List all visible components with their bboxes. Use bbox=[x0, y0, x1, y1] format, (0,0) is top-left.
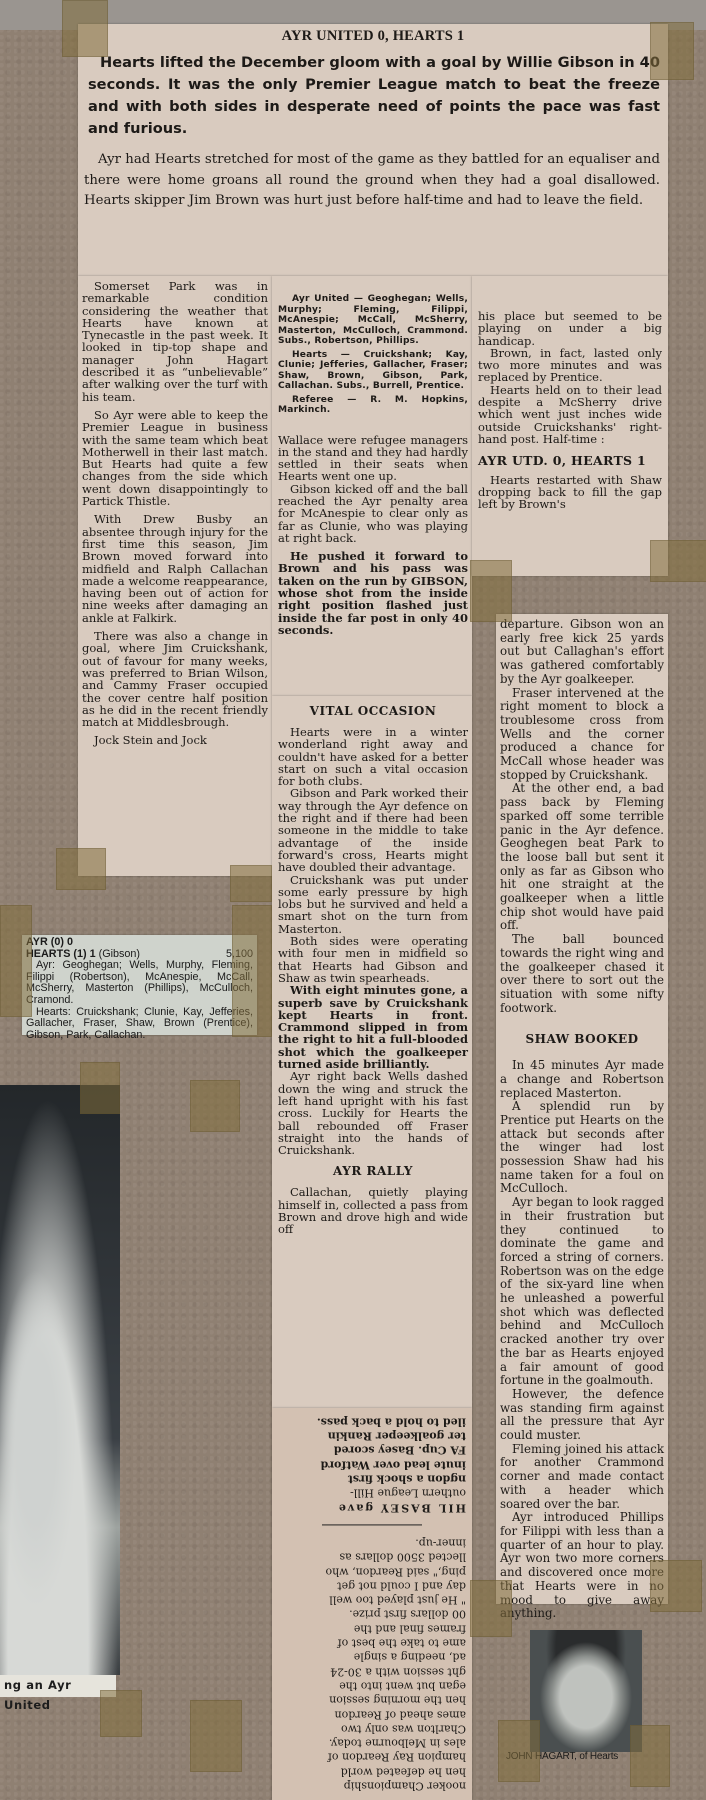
match-photo-caption: ng an Ayr United bbox=[0, 1675, 116, 1697]
tape-strip bbox=[498, 1720, 540, 1782]
paragraph: Brown, in fact, lasted only two more min… bbox=[478, 347, 662, 384]
reverse-line: frames final and the bbox=[278, 1621, 466, 1635]
halftime-score: AYR UTD. 0, HEARTS 1 bbox=[478, 455, 662, 467]
paragraph: departure. Gibson won an early free kick… bbox=[500, 618, 664, 687]
reverse-subhead: HIL BASEY gave bbox=[278, 1500, 466, 1514]
tape-strip bbox=[232, 905, 272, 1037]
reverse-side-clipping: nooker Championship hen he defeated worl… bbox=[272, 1408, 472, 1800]
referee: Referee — R. M. Hopkins, Markinch. bbox=[278, 395, 468, 416]
paragraph: Both sides were operating with four men … bbox=[278, 935, 468, 984]
tape-strip bbox=[650, 540, 706, 582]
article-intro: Ayr had Hearts stretched for most of the… bbox=[84, 150, 660, 212]
paragraph: In 45 minutes Ayr made a change and Robe… bbox=[500, 1059, 664, 1100]
hearts-lineup: Hearts — Cruickshank; Kay, Clunie; Jeffe… bbox=[278, 350, 468, 392]
paragraph: So Ayr were able to keep the Premier Lea… bbox=[82, 409, 268, 507]
article-column-1: Somerset Park was in remarkable conditio… bbox=[78, 276, 272, 876]
reverse-line: llected 3500 dollars as bbox=[278, 1549, 466, 1563]
reverse-line: ame to take the best of bbox=[278, 1635, 466, 1649]
paragraph: Cruickshank was put under some early pre… bbox=[278, 874, 468, 935]
reverse-line: ames ahead of Reardon bbox=[278, 1707, 466, 1721]
article-intro-bold: Hearts lifted the December gloom with a … bbox=[88, 52, 660, 140]
paragraph: Ayr right back Wells dashed down the win… bbox=[278, 1070, 468, 1156]
tape-strip bbox=[470, 560, 512, 622]
scorer: (Gibson) bbox=[99, 948, 140, 960]
tape-strip bbox=[56, 848, 106, 890]
goal-paragraph: He pushed it forward to Brown and his pa… bbox=[278, 550, 468, 636]
article-header-clipping: AYR UNITED 0, HEARTS 1 Hearts lifted the… bbox=[78, 24, 668, 276]
team-lineups: Ayr United — Geoghegan; Wells, Murphy; F… bbox=[278, 294, 468, 416]
paragraph: Hearts were in a winter wonderland right… bbox=[278, 726, 468, 787]
reverse-line: ales in Melbourne today. bbox=[278, 1735, 466, 1749]
paragraph: Gibson and Park worked their way through… bbox=[278, 787, 468, 873]
reverse-line: Charlton was only two bbox=[278, 1721, 466, 1735]
paragraph: his place but seemed to be playing on un… bbox=[478, 310, 662, 347]
paragraph: Fraser intervened at the right moment to… bbox=[500, 687, 664, 783]
paragraph: With Drew Busby an absentee through inju… bbox=[82, 513, 268, 624]
rule-divider bbox=[322, 1524, 422, 1525]
article-column-2-lower: VITAL OCCASION Hearts were in a winter w… bbox=[272, 696, 472, 1408]
paragraph: Ayr began to look ragged in their frustr… bbox=[500, 1196, 664, 1388]
reverse-line: hampion Ray Reardon of bbox=[278, 1750, 466, 1764]
reverse-line: ght session with a 30-24 bbox=[278, 1664, 466, 1678]
paragraph: However, the defence was standing firm a… bbox=[500, 1388, 664, 1443]
reverse-line: " He just played too well bbox=[278, 1592, 466, 1606]
tape-strip bbox=[62, 0, 108, 57]
tape-strip bbox=[630, 1725, 670, 1787]
paragraph: There was also a change in goal, where J… bbox=[82, 630, 268, 728]
paragraph: The ball bounced towards the right wing … bbox=[500, 933, 664, 1015]
paragraph: Fleming joined his attack for another Cr… bbox=[500, 1443, 664, 1512]
paragraph: Gibson kicked off and the ball reached t… bbox=[278, 483, 468, 544]
reverse-line: day and I could not get bbox=[278, 1578, 466, 1592]
paragraph: Jock Stein and Jock bbox=[82, 734, 268, 746]
hearts-score: HEARTS (1) 1 bbox=[26, 948, 96, 960]
reverse-line: ad, needing a single bbox=[278, 1649, 466, 1663]
reverse-line: ping," said Reardon, who bbox=[278, 1564, 466, 1578]
reverse-line: 00 dollars first prize. bbox=[278, 1607, 466, 1621]
tape-strip bbox=[650, 22, 694, 80]
reverse-line: ter goalkeeper Rankin bbox=[278, 1428, 466, 1442]
reverse-line: inner-up. bbox=[278, 1535, 466, 1549]
tape-strip bbox=[190, 1080, 240, 1132]
paragraph: Somerset Park was in remarkable conditio… bbox=[82, 280, 268, 403]
reverse-line: hen he defeated world bbox=[278, 1764, 466, 1778]
paragraph: Wallace were refugee managers in the sta… bbox=[278, 434, 468, 483]
reverse-line: FA Cup. Basey scored bbox=[278, 1443, 466, 1457]
subhead-shaw-booked: SHAW BOOKED bbox=[500, 1033, 664, 1047]
save-paragraph: With eight minutes gone, a superb save b… bbox=[278, 984, 468, 1070]
hearts-team: Hearts: Cruickshank; Clunie, Kay, Jeffer… bbox=[26, 1007, 253, 1042]
paragraph: Ayr introduced Phillips for Filippi with… bbox=[500, 1511, 664, 1621]
paragraph: At the other end, a bad pass back by Fle… bbox=[500, 782, 664, 933]
article-column-2-top: Ayr United — Geoghegan; Wells, Murphy; F… bbox=[272, 276, 472, 696]
tape-strip bbox=[230, 865, 272, 902]
reverse-line: nooker Championship bbox=[278, 1778, 466, 1792]
portrait-photo-john-hagart bbox=[530, 1630, 642, 1752]
article-column-4: departure. Gibson won an early free kick… bbox=[496, 614, 668, 1604]
reverse-line: ngdon a shock first bbox=[278, 1471, 466, 1485]
result-box-clipping: AYR (0) 0 HEARTS (1) 1 (Gibson) 5,100 Ay… bbox=[22, 935, 257, 1035]
ayr-team: Ayr: Geoghegan; Wells, Murphy, Fleming, … bbox=[26, 960, 253, 1006]
article-headline: AYR UNITED 0, HEARTS 1 bbox=[78, 28, 668, 45]
tape-strip bbox=[650, 1560, 702, 1612]
reverse-line: egan but went into the bbox=[278, 1678, 466, 1692]
paragraph: Callachan, quietly playing himself in, c… bbox=[278, 1186, 468, 1235]
reverse-line: outhern League Hill- bbox=[278, 1485, 466, 1499]
ayr-lineup: Ayr United — Geoghegan; Wells, Murphy; F… bbox=[278, 294, 468, 347]
subhead-vital-occasion: VITAL OCCASION bbox=[278, 704, 468, 718]
reverse-line: inute lead over Watford bbox=[278, 1457, 466, 1471]
reverse-line: iled to hold a back pass. bbox=[278, 1414, 466, 1428]
match-photo bbox=[0, 1085, 120, 1675]
paragraph: Hearts held on to their lead despite a M… bbox=[478, 384, 662, 445]
tape-strip bbox=[470, 1580, 512, 1637]
subhead-ayr-rally: AYR RALLY bbox=[278, 1164, 468, 1178]
article-column-3-top: his place but seemed to be playing on un… bbox=[472, 276, 668, 576]
paragraph: Hearts restarted with Shaw dropping back… bbox=[478, 474, 662, 511]
paragraph: A splendid run by Prentice put Hearts on… bbox=[500, 1100, 664, 1196]
tape-strip bbox=[190, 1700, 242, 1772]
reverse-line: hen the morning session bbox=[278, 1692, 466, 1706]
tape-strip bbox=[100, 1690, 142, 1737]
tape-strip bbox=[80, 1062, 120, 1114]
tape-strip bbox=[0, 905, 32, 1017]
